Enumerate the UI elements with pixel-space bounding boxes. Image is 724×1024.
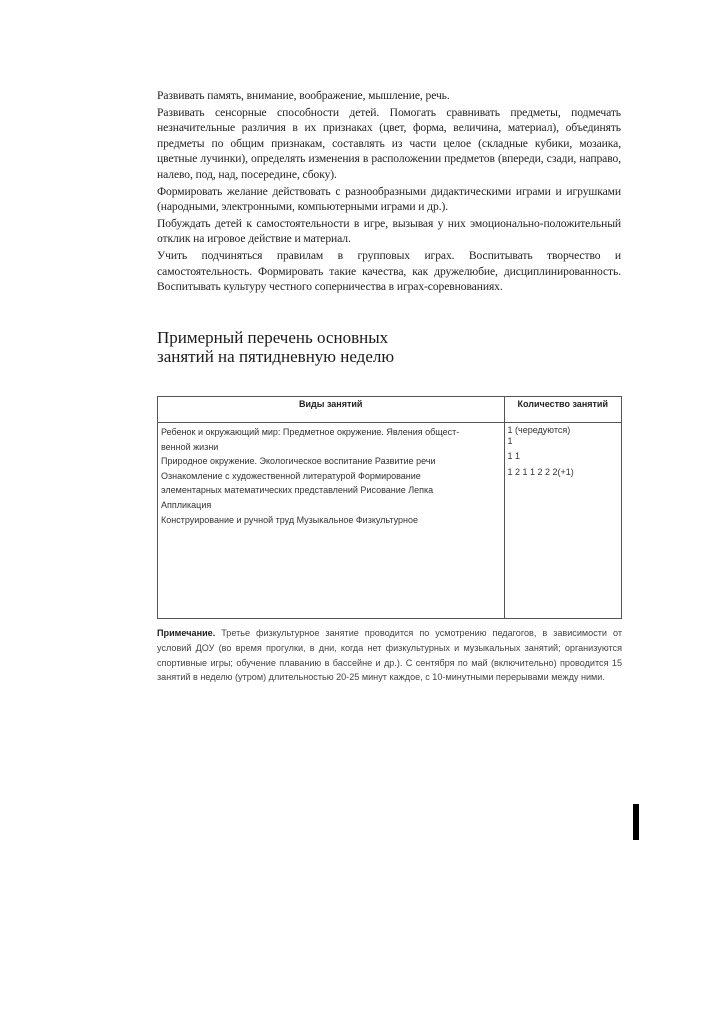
count-line: 1 <box>508 436 619 447</box>
paragraph: Развивать память, внимание, воображение,… <box>157 88 621 104</box>
scan-edge-mark <box>633 804 639 840</box>
header-activity-count: Количество занятий <box>504 397 621 423</box>
activity-line: венной жизни <box>161 440 501 455</box>
count-line: 1 2 1 1 2 2 2(+1) <box>508 467 619 478</box>
footnote-text: Третье физкультурное занятие проводится … <box>157 628 622 682</box>
paragraph: Учить подчиняться правилам в групповых и… <box>157 248 621 295</box>
heading-line-2: занятий на пятидневную неделю <box>157 347 394 366</box>
paragraph: Побуждать детей к самостоятельности в иг… <box>157 216 621 247</box>
count-line: 1 (чередуются) <box>508 425 619 436</box>
activity-line: Природное окружение. Экологическое воспи… <box>161 454 501 469</box>
activity-line: Ребенок и окружающий мир: Предметное окр… <box>161 425 501 440</box>
footnote: Примечание. Третье физкультурное занятие… <box>157 626 622 685</box>
activity-line: элементарных математических представлени… <box>161 483 501 498</box>
activity-count-cell: 1 (чередуются) 1 1 1 1 2 1 1 2 2 2(+1) <box>504 423 621 619</box>
table-row: Ребенок и окружающий мир: Предметное окр… <box>158 423 621 619</box>
paragraph: Развивать сенсорные способности детей. П… <box>157 105 621 183</box>
count-line: 1 1 <box>508 451 619 462</box>
activity-line: Конструирование и ручной труд Музыкально… <box>161 513 501 528</box>
schedule-table-frame: Виды занятий Количество занятий Ребенок … <box>157 396 622 619</box>
heading-line-1: Примерный перечень основных <box>157 328 388 347</box>
footnote-label: Примечание. <box>157 628 215 638</box>
section-heading: Примерный перечень основных занятий на п… <box>157 328 457 366</box>
header-activity-types: Виды занятий <box>158 397 504 423</box>
activity-types-cell: Ребенок и окружающий мир: Предметное окр… <box>158 423 504 619</box>
goals-text-block: Развивать память, внимание, воображение,… <box>157 88 621 296</box>
activity-line: Аппликация <box>161 498 501 513</box>
activity-line: Ознакомление с художественной литературо… <box>161 469 501 484</box>
paragraph: Формировать желание действовать с разноо… <box>157 184 621 215</box>
schedule-table: Виды занятий Количество занятий Ребенок … <box>158 397 621 618</box>
table-header-row: Виды занятий Количество занятий <box>158 397 621 423</box>
